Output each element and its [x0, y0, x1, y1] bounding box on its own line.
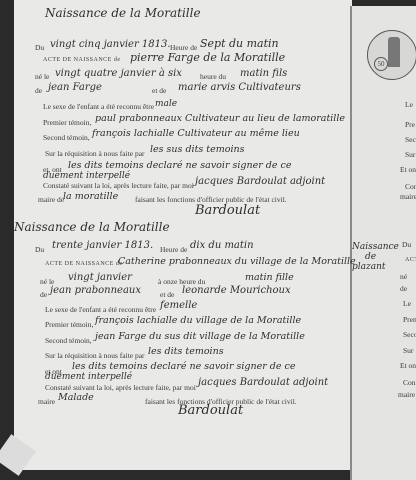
born-prefix-1: né le: [35, 72, 49, 81]
child-name-1: pierre Farge de la Moratille: [130, 51, 285, 64]
right-label: Sec: [405, 135, 416, 144]
second-witness-label-1: Second témoin,: [43, 133, 90, 142]
margin-title-2: Naissance de la Moratille: [14, 220, 170, 234]
declared-1: les dits temoins declaré ne savoir signe…: [68, 160, 291, 171]
constate-2: jacques Bardoulat adjoint: [198, 377, 328, 388]
first-witness-label-2: Premier témoin,: [45, 320, 93, 329]
parents-mid-2: et de: [160, 290, 174, 299]
right-margin-note-2: de: [365, 252, 376, 262]
mother-1: marie arvis Cultivateurs: [178, 82, 301, 93]
maire-2: Malade: [58, 392, 94, 403]
right-margin-note-3: plazant: [352, 262, 386, 272]
maire-label-1: maire de: [38, 195, 64, 204]
second-witness-label-2: Second témoin,: [45, 336, 92, 345]
sex-value-1: male: [155, 99, 177, 109]
requisition-label-1: Sur la réquisition à nous faite par: [45, 149, 145, 158]
declared-cont-1: duement interpellé: [43, 171, 130, 181]
sex-label-2: Le sexe de l'enfant a été reconnu être: [45, 305, 156, 314]
hour-1: Sept du matin: [200, 37, 279, 50]
right-label: de: [400, 284, 407, 293]
signature-1: Bardoulat: [195, 203, 260, 218]
right-label: né: [400, 272, 407, 281]
second-witness-2: jean Farge du sus dit village de la Mora…: [95, 331, 305, 342]
constate-label-2: Constaté suivant la loi, après lecture f…: [45, 383, 196, 392]
right-label: Pre: [405, 120, 415, 129]
right-label: Du: [402, 240, 411, 249]
requisition-label-2: Sur la réquisition à nous faite par: [45, 351, 145, 360]
declared-cont-2: duement interpellé: [45, 372, 132, 382]
born-hour-1: matin fils: [240, 68, 287, 79]
mother-2: leonarde Mourichoux: [182, 285, 291, 296]
tax-stamp: 50: [367, 30, 416, 80]
first-witness-2: françois lachialle du village de la Mora…: [95, 315, 301, 326]
right-label: maire: [398, 390, 415, 399]
date-prefix-1: Du: [35, 43, 44, 52]
right-label: Et ont: [400, 165, 416, 174]
right-label: maire: [400, 192, 416, 201]
acte-label-2: ACTE DE NAISSANCE de: [45, 261, 123, 267]
maire-1: la moratille: [63, 191, 118, 202]
born-hour-2: matin fille: [245, 272, 294, 283]
right-label: Seco: [403, 330, 416, 339]
requisition-1: les sus dits temoins: [150, 144, 244, 155]
first-witness-1: paul prabonneaux Cultivateur au lieu de …: [95, 113, 345, 124]
born-date-2: vingt janvier: [68, 272, 132, 283]
constate-1: jacques Bardoulat adjoint: [195, 176, 325, 187]
margin-title-1: Naissance de la Moratille: [45, 6, 201, 20]
born-hour-label-1: heure du: [200, 72, 226, 81]
right-label: Sur: [403, 346, 413, 355]
parents-prefix-1: de: [35, 86, 42, 95]
date-1: vingt cinq janvier 1813.: [50, 39, 171, 50]
right-label: Et ont: [400, 361, 416, 370]
stamp-figure-icon: [388, 37, 400, 67]
child-name-2: Catherine prabonneaux du village de la M…: [118, 256, 356, 267]
sex-value-2: femelle: [160, 300, 197, 311]
date-prefix-2: Du: [35, 245, 44, 254]
right-label: Prem: [403, 315, 416, 324]
maire-label-2: maire: [38, 397, 55, 406]
father-1: jean Farge: [48, 82, 102, 93]
parents-prefix-2: de: [40, 290, 47, 299]
right-label: Con: [403, 378, 416, 387]
signature-2: Bardoulat: [178, 403, 243, 418]
acte-label-1: ACTE DE NAISSANCE de: [43, 57, 121, 63]
hour-label-2: Heure de: [160, 245, 187, 254]
constate-label-1: Constaté suivant la loi, après lecture f…: [43, 181, 194, 190]
right-label: Sur: [405, 150, 415, 159]
sex-label-1: Le sexe de l'enfant a été reconnu être: [43, 102, 154, 111]
declared-2: les dits temoins declaré ne savoir signe…: [72, 361, 295, 372]
right-label: Le: [405, 100, 413, 109]
right-label: Le: [403, 299, 411, 308]
right-margin-note-1: Naissance: [352, 242, 399, 252]
right-label: Con: [405, 182, 416, 191]
date-2: trente janvier 1813.: [52, 240, 153, 251]
father-2: jean prabonneaux: [50, 285, 141, 296]
requisition-2: les dits temoins: [148, 346, 224, 357]
right-label: ACT: [405, 257, 416, 263]
born-date-1: vingt quatre janvier à six: [55, 68, 182, 79]
stamp-value: 50: [374, 57, 388, 71]
parents-mid-1: et de: [152, 86, 166, 95]
hour-2: dix du matin: [190, 240, 254, 251]
first-witness-label-1: Premier témoin,: [43, 118, 91, 127]
second-witness-1: françois lachialle Cultivateur au même l…: [92, 128, 300, 139]
